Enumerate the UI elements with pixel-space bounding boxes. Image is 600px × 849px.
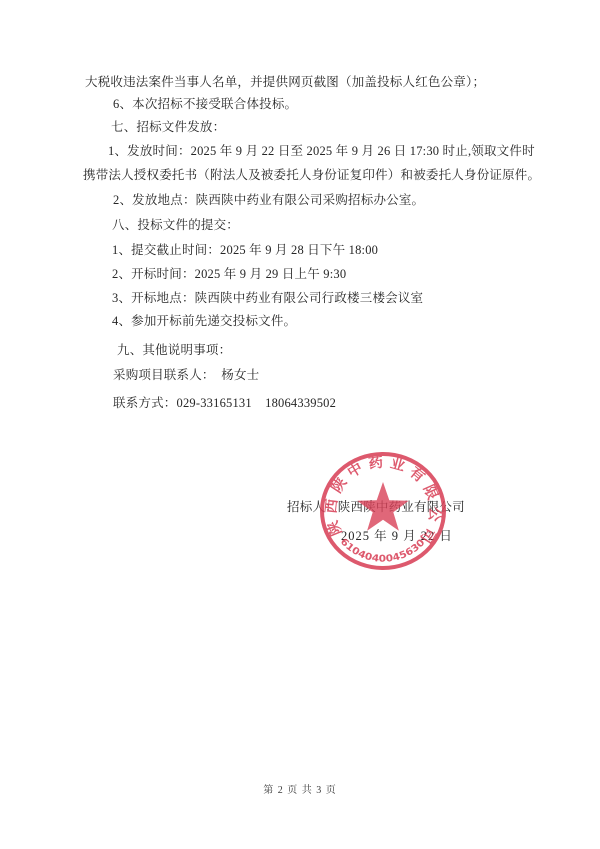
contact-person-line: 采购项目联系人： 杨女士 bbox=[113, 368, 259, 382]
bidder-signature-line: 招标人：陕西陕中药业有限公司 bbox=[287, 500, 465, 514]
section-heading-8: 八、投标文件的提交： bbox=[112, 218, 239, 232]
section-heading-7: 七、招标文件发放： bbox=[111, 120, 225, 134]
signature-date-line: 2025 年 9 月 22 日 bbox=[341, 529, 453, 543]
page-footer: 第 2 页 共 3 页 bbox=[0, 781, 600, 796]
body-line: 1、提交截止时间：2025 年 9 月 28 日下午 18:00 bbox=[112, 243, 378, 257]
body-line: 大税收违法案件当事人名单，并提供网页截图（加盖投标人红色公章）； bbox=[85, 75, 485, 89]
body-line: 携带法人授权委托书（附法人及被委托人身份证复印件）和被委托人身份证原件。 bbox=[83, 168, 540, 182]
body-line: 3、开标地点：陕西陕中药业有限公司行政楼三楼会议室 bbox=[112, 291, 423, 305]
body-line: 2、发放地点：陕西陕中药业有限公司采购招标办公室。 bbox=[113, 193, 424, 207]
document-page: 大税收违法案件当事人名单，并提供网页截图（加盖投标人红色公章）； 6、本次招标不… bbox=[0, 0, 600, 849]
body-line: 2、开标时间：2025 年 9 月 29 日上午 9:30 bbox=[112, 267, 346, 281]
body-line: 1、发放时间：2025 年 9 月 22 日至 2025 年 9 月 26 日 … bbox=[108, 144, 535, 158]
section-heading-9: 九、其他说明事项： bbox=[117, 343, 231, 357]
body-line: 6、本次招标不接受联合体投标。 bbox=[113, 97, 297, 111]
contact-phone-line: 联系方式：029-33165131 18064339502 bbox=[113, 396, 336, 410]
body-line: 4、参加开标前先递交投标文件。 bbox=[112, 314, 296, 328]
